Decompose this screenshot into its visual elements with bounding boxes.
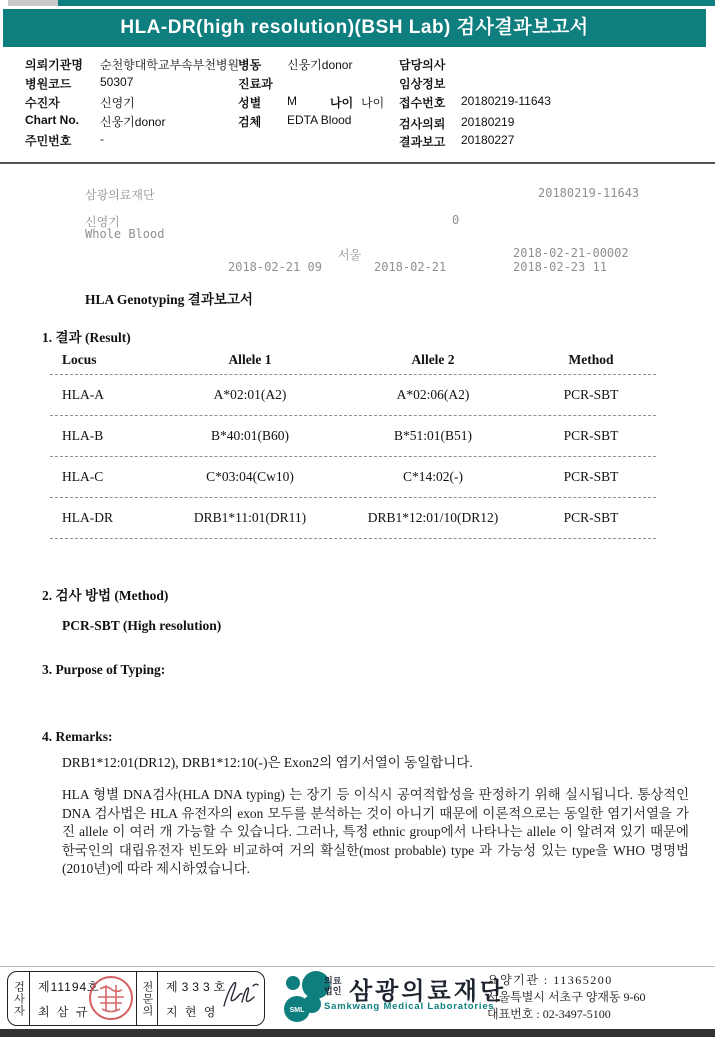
cell-locus: HLA-C [50,469,160,485]
table-row: HLA-A A*02:01(A2) A*02:06(A2) PCR-SBT [50,375,656,416]
cell-allele2: C*14:02(-) [340,469,526,485]
cell-allele2: A*02:06(A2) [340,387,526,403]
logo-text: SML [290,1007,306,1014]
clinical-info-label: 임상정보 [399,75,445,92]
section-divider [0,162,715,164]
report-date-value: 20180227 [461,133,514,147]
table-row: HLA-DR DRB1*11:01(DR11) DRB1*12:01/10(DR… [50,498,656,539]
chart-no-value: 신웅기donor [100,113,165,130]
resident-id-label: 주민번호 [25,132,71,149]
org-name-english: Samkwang Medical Laboratories [324,1001,495,1012]
col-header-method: Method [526,352,656,368]
preview-specimen: Whole Blood [85,227,164,241]
col-header-allele2: Allele 2 [340,352,526,368]
org-type-label: 의료 법인 [324,976,341,996]
preview-datetime-2: 2018-02-21 [374,260,446,274]
resident-id-value: - [100,132,104,146]
preview-datetime-1: 2018-02-21 09 [228,260,322,274]
cell-method: PCR-SBT [526,510,656,526]
ward-label: 병동 [238,56,261,73]
signature-stamp-box: 검사자 제11194호 최 삼 규 전문의 제333호 지 현 영 [7,971,265,1026]
specialist-cell: 제333호 지 현 영 [158,972,264,1025]
cell-locus: HLA-A [50,387,160,403]
cell-allele1: B*40:01(B60) [160,428,340,444]
requesting-org-value: 순천향대학교부속부천병원 [100,56,239,73]
report-title: HLA Genotyping 결과보고서 [85,288,253,308]
department-label: 진료과 [238,75,273,92]
doctor-label: 담당의사 [399,56,445,73]
preview-org: 삼광의료재단 [85,186,155,203]
sex-label: 성별 [238,94,261,111]
request-date-label: 검사의뢰 [399,115,445,132]
patient-value: 신영기 [100,94,135,111]
table-row: HLA-B B*40:01(B60) B*51:01(B51) PCR-SBT [50,416,656,457]
table-header-row: Locus Allele 1 Allele 2 Method [50,345,656,375]
notice-paragraph: HLA 형별 DNA검사(HLA DNA typing) 는 장기 등 이식시 … [62,786,689,879]
patient-info-section: 의뢰기관명 순천향대학교부속부천병원 병동 신웅기donor 담당의사 병원코드… [0,50,715,162]
cell-locus: HLA-DR [50,510,160,526]
top-strip-teal [58,0,715,6]
method-value: PCR-SBT (High resolution) [62,618,221,634]
report-date-label: 결과보고 [399,133,445,150]
cell-method: PCR-SBT [526,387,656,403]
org-phone: 대표번호 : 02-3497-5100 [487,1006,646,1023]
specimen-value: EDTA Blood [287,113,351,127]
preview-count: 0 [452,213,459,227]
preview-city: 서울 [338,246,361,263]
window-bottom-bar [0,1029,715,1037]
accession-label: 접수번호 [399,94,445,111]
accession-value: 20180219-11643 [461,94,551,108]
sex-value: M [287,94,297,108]
remarks-line: DRB1*12:01(DR12), DRB1*12:10(-)은 Exon2의 … [62,751,473,771]
org-address: 서울특별시 서초구 양재동 9-60 [487,989,646,1006]
request-date-value: 20180219 [461,115,514,129]
examiner-seal-stamp-icon [88,975,134,1021]
age-label: 나이 [330,94,353,111]
result-table: Locus Allele 1 Allele 2 Method HLA-A A*0… [50,345,656,539]
ward-value: 신웅기donor [287,56,352,73]
window-top-strip [0,0,715,6]
cell-method: PCR-SBT [526,428,656,444]
hospital-code-value: 50307 [100,75,133,89]
specialist-signature-icon [219,974,261,1014]
print-preview-section: 삼광의료재단 20180219-11643 신영기 0 Whole Blood … [0,178,715,278]
age-value: 나이 [361,94,384,111]
report-title-banner: HLA-DR(high resolution)(BSH Lab) 검사결과보고서 [3,9,706,47]
care-org-number: 요양기관 : 11365200 [487,972,646,989]
remarks-heading: 4. Remarks: [42,729,113,745]
examiner-role-label: 검사자 [8,972,30,1025]
cell-allele1: C*03:04(Cw10) [160,469,340,485]
specialist-role-label: 전문의 [136,972,158,1025]
preview-accession: 20180219-11643 [538,186,639,200]
cell-locus: HLA-B [50,428,160,444]
specimen-label: 검체 [238,113,261,130]
cell-allele1: A*02:01(A2) [160,387,340,403]
cell-allele2: B*51:01(B51) [340,428,526,444]
top-strip-gray [8,0,58,6]
cell-allele1: DRB1*11:01(DR11) [160,510,340,526]
org-type-line2: 법인 [324,986,341,996]
col-header-locus: Locus [50,352,160,368]
preview-datetime-3: 2018-02-23 11 [513,260,607,274]
org-contact-block: 요양기관 : 11365200 서울특별시 서초구 양재동 9-60 대표번호 … [487,972,646,1023]
table-row: HLA-C C*03:04(Cw10) C*14:02(-) PCR-SBT [50,457,656,498]
result-heading: 1. 결과 (Result) [42,326,131,346]
hospital-code-label: 병원코드 [25,75,71,92]
col-header-allele1: Allele 1 [160,352,340,368]
examiner-cell: 제11194호 최 삼 규 [30,972,136,1025]
cell-allele2: DRB1*12:01/10(DR12) [340,510,526,526]
footer-divider [0,966,715,967]
preview-barcode-no: 2018-02-21-00002 [513,246,629,260]
purpose-heading: 3. Purpose of Typing: [42,662,165,678]
cell-method: PCR-SBT [526,469,656,485]
page-title: HLA-DR(high resolution)(BSH Lab) 검사결과보고서 [120,17,588,38]
requesting-org-label: 의뢰기관명 [25,56,83,73]
chart-no-label: Chart No. [25,113,79,127]
org-type-line1: 의료 [324,976,341,986]
patient-label: 수진자 [25,94,60,111]
lab-report-page: HLA-DR(high resolution)(BSH Lab) 검사결과보고서… [0,0,715,1037]
method-heading: 2. 검사 방법 (Method) [42,584,168,604]
